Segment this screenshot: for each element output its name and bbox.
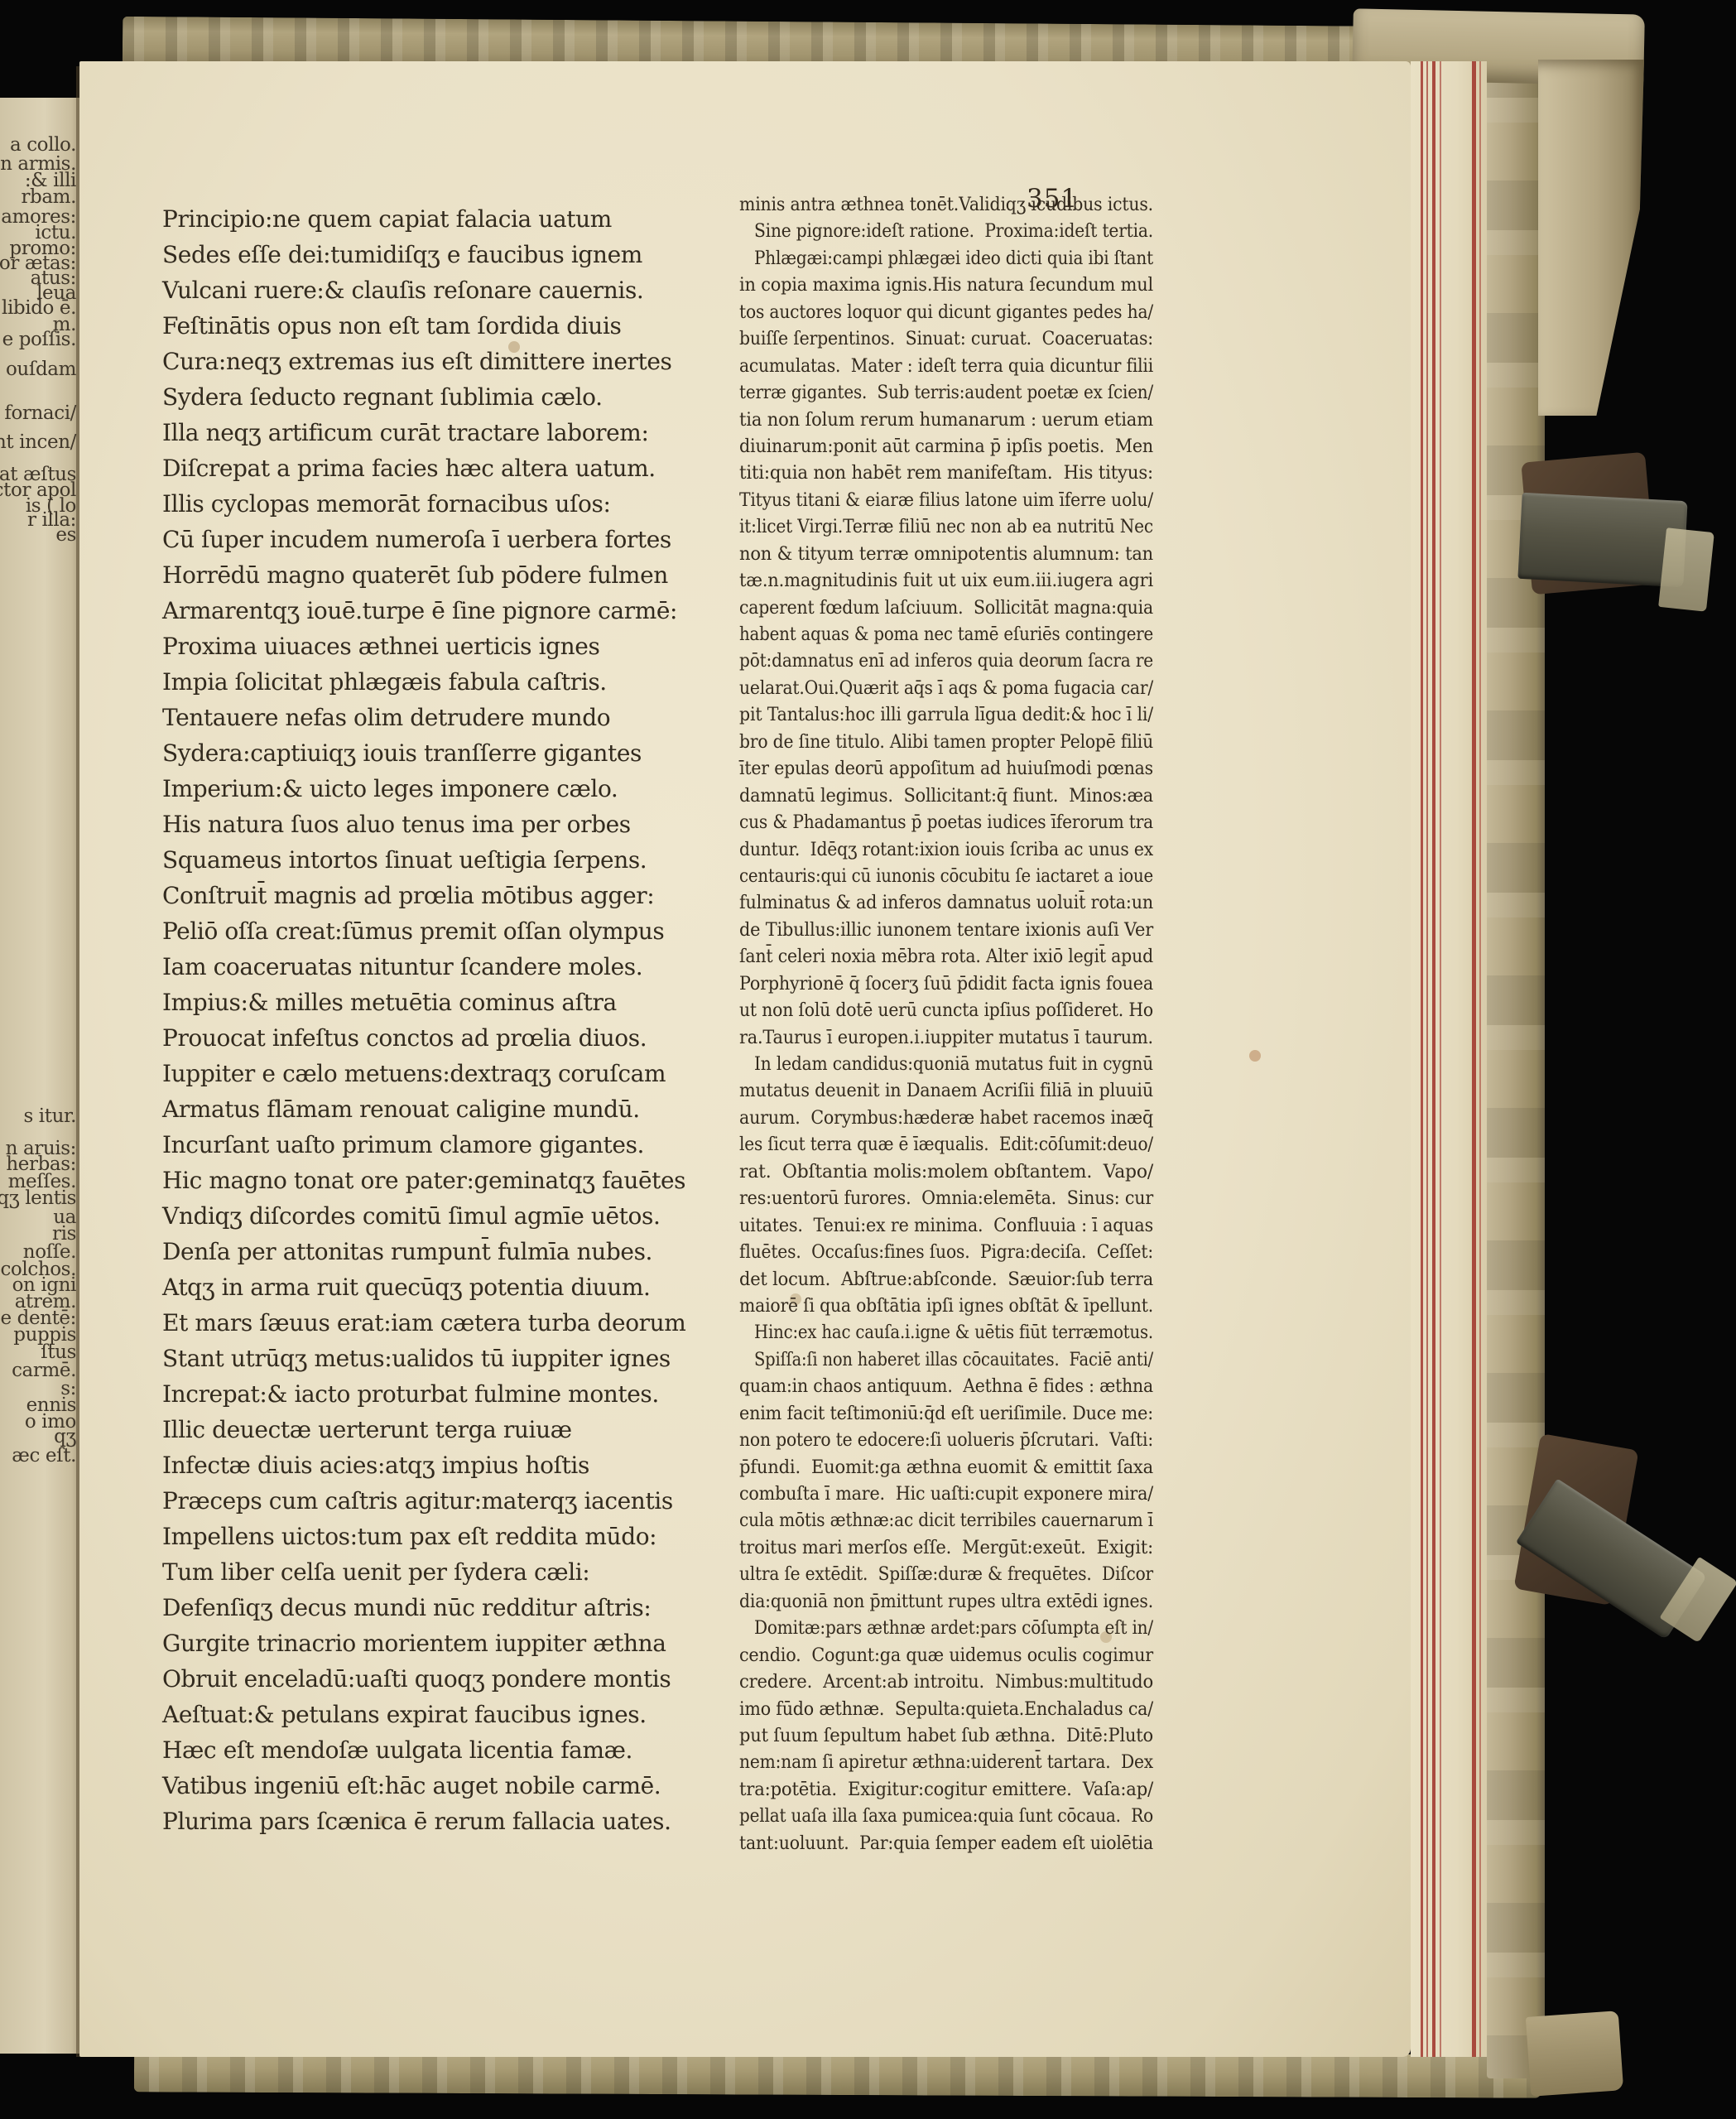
- commentary-line: acumulatas. Mater : ideſt terra quia dic…: [739, 354, 1153, 380]
- previous-page-fragment: ouſdam: [6, 361, 76, 378]
- commentary-line: ra.Taurus ī europen.i.iuppiter mutatus ī…: [739, 1025, 1153, 1052]
- commentary-line: diuinarum:ponit aūt carmina p̄ ipſis poe…: [739, 434, 1153, 460]
- commentary-line: maiorē ſi qua obſtātia ipſi ignes obſtāt…: [739, 1293, 1153, 1320]
- verse-line: Obruit enceladū:uaſti quoqʒ pondere mont…: [162, 1661, 733, 1697]
- previous-page-fragment: a collo.: [10, 137, 76, 154]
- commentary-line: put ſuum ſepultum habet ſub æthna. Ditē:…: [739, 1723, 1153, 1750]
- commentary-line: Tityus titani & eiaræ filius latone uim …: [739, 488, 1153, 514]
- verse-line: Tum liber celſa uenit per ſydera cæli:: [162, 1554, 733, 1590]
- clasp-top-metal-tip: [1658, 527, 1714, 612]
- verse-line: Peliō oſſa creat:ſūmus premit oſſan olym…: [162, 913, 733, 949]
- verse-line: Illis cyclopas memorāt fornacibus uſos:: [162, 486, 733, 522]
- verse-line: Iam coaceruatas nituntur ſcandere moles.: [162, 949, 733, 985]
- verse-line: Vndiqʒ diſcordes comitū ſimul agmīe uēto…: [162, 1198, 733, 1234]
- commentary-line: quam:in chaos antiquum. Aethna ē fides :…: [739, 1374, 1153, 1400]
- commentary-line: nem:nam ſi apiretur æthna:uiderent̄ tart…: [739, 1750, 1153, 1776]
- previous-page-fragment: ant incen/: [0, 434, 76, 451]
- fore-edge-red-line: [1472, 61, 1476, 2057]
- commentary-line: pellat uaſa illa ſaxa pumicea:quia ſunt …: [739, 1804, 1153, 1830]
- verse-line: Proxima uiuaces æthnei uerticis ignes: [162, 628, 733, 664]
- fore-edge-red-line: [1421, 61, 1423, 2057]
- commentary-line: credere. Arcent:ab introitu. Nimbus:mult…: [739, 1669, 1153, 1696]
- verse-line: Squameus intortos ſinuat ueſtigia ſerpen…: [162, 842, 733, 878]
- verse-line: Hæc eſt mendoſæ uulgata licentia famæ.: [162, 1732, 733, 1768]
- verse-line: Conſtruit̄ magnis ad prœlia mōtibus agge…: [162, 878, 733, 913]
- parchment-cover-edge: [1487, 48, 1545, 2078]
- commentary-line: les ſicut terra quæ ē īæqualis. Edit:cōſ…: [739, 1132, 1153, 1158]
- commentary-line: imo fūdo æthnæ. Sepulta:quieta.Enchaladu…: [739, 1697, 1153, 1723]
- verse-line: Denſa per attonitas rumpunt̄ fulmīa nube…: [162, 1234, 733, 1269]
- verse-line: Præceps cum caſtris agitur:materqʒ iacen…: [162, 1483, 733, 1519]
- commentary-line: tæ.n.magnitudinis fuit ut uix eum.iii.iu…: [739, 568, 1153, 595]
- commentary-line: Domitæ:pars æthnæ ardet:pars cōſumpta eſ…: [739, 1616, 1153, 1642]
- verse-line: Illic deuectæ uerterunt terga ruiuæ: [162, 1412, 733, 1447]
- verse-line: Defenſiqʒ decus mundi nūc redditur aſtri…: [162, 1590, 733, 1625]
- fore-edge-red-line: [1432, 61, 1435, 2057]
- verse-line: Diſcrepat a prima facies hæc altera uatu…: [162, 450, 733, 486]
- commentary-line: caperent fœdum laſciuum. Sollicitāt magn…: [739, 595, 1153, 622]
- previous-page-fragment: fornaci/: [4, 405, 76, 422]
- verse-line: Impius:& milles metuētia cominus aſtra: [162, 985, 733, 1020]
- commentary-line: buiſſe ſerpentinos. Sinuat: curuat. Coac…: [739, 326, 1153, 353]
- verse-line: Plurima pars ſcænica ē rerum fallacia ua…: [162, 1804, 733, 1839]
- commentary-line: tia non ſolum rerum humanarum : uerum et…: [739, 407, 1153, 434]
- commentary-line: Hinc:ex hac cauſa.i.igne & uētis fiūt te…: [739, 1320, 1153, 1346]
- previous-page-fragment: carmē.: [12, 1362, 76, 1380]
- commentary-line: ut non ſolū dotē uerū cuncta ipſius poſſ…: [739, 998, 1153, 1024]
- fore-edge-red-line: [1440, 61, 1441, 2057]
- commentary-line: rat. Obſtantia molis:molem obſtantem. Va…: [739, 1159, 1153, 1186]
- commentary-line: aurum. Corymbus:hæderæ habet racemos inæ…: [739, 1105, 1153, 1132]
- verse-line: Impellens uictos:tum pax eſt reddita mūd…: [162, 1519, 733, 1554]
- fore-edge: [1411, 61, 1487, 2057]
- previous-page-fragment: æc eſt.: [12, 1447, 76, 1465]
- verse-line: Sydera ſeducto regnant ſublimia cælo.: [162, 379, 733, 415]
- previous-page-fragment: es: [55, 527, 76, 544]
- commentary-line: mutatus deuenit in Danaem Acriſii filiā …: [739, 1078, 1153, 1105]
- commentary-line: titi:quia non habēt rem manifeſtam. His …: [739, 460, 1153, 487]
- commentary-line: Spiſſa:ſi non haberet illas cōcauitates.…: [739, 1347, 1153, 1374]
- verse-line: Aeſtuat:& petulans expirat faucibus igne…: [162, 1697, 733, 1732]
- verse-line: Principio:ne quem capiat falacia uatum: [162, 201, 733, 237]
- commentary-line: īter epulas deorū appoſitum ad huiuſmodi…: [739, 756, 1153, 783]
- previous-page-fragment: s itur.: [23, 1108, 76, 1125]
- commentary-line: uelarat.Oui.Quærit aq̄s ī aqs & poma fug…: [739, 676, 1153, 702]
- verse-line: Impia ſolicitat phlægæis fabula caſtris.: [162, 664, 733, 700]
- verse-line: Hic magno tonat ore pater:geminatqʒ fauē…: [162, 1163, 733, 1198]
- commentary-line: tant:uoluunt. Par:quia ſemper eadem eſt …: [739, 1831, 1153, 1857]
- verse-line: Et mars ſæuus erat:iam cætera turba deor…: [162, 1305, 733, 1341]
- verse-line: His natura ſuos aluo tenus ima per orbes: [162, 807, 733, 842]
- verse-line: Atqʒ in arma ruit quecūqʒ potentia diuum…: [162, 1269, 733, 1305]
- verse-line: Feſtinātis opus non eſt tam ſordida diui…: [162, 308, 733, 344]
- commentary-line: In ledam candidus:quoniā mutatus fuit in…: [739, 1052, 1153, 1078]
- previous-page-fragment: ſtus: [41, 1344, 76, 1361]
- verse-line: Iuppiter e cælo metuens:dextraqʒ coruſca…: [162, 1056, 733, 1091]
- commentary-line: res:uentorū furores. Omnia:elemēta. Sinu…: [739, 1186, 1153, 1212]
- commentary-line: duntur. Idēqʒ rotant:ixion iouis ſcriba …: [739, 837, 1153, 864]
- paper-speckles: [79, 61, 88, 70]
- commentary-line: minis antra æthnea tonēt.Validiqʒ īcudib…: [739, 192, 1153, 219]
- commentary-line: non & tityum terræ omnipotentis alumnum:…: [739, 542, 1153, 568]
- verse-line: Cū ſuper incudem numeroſa ī uerbera fort…: [162, 522, 733, 557]
- commentary-line: troitus mari merſos eſſe. Mergūt:exeūt. …: [739, 1535, 1153, 1562]
- verse-line: Tentauere nefas olim detrudere mundo: [162, 700, 733, 735]
- commentary-line: cula mōtis æthnæ:ac dicit terribiles cau…: [739, 1508, 1153, 1534]
- parchment-cover-corner-bottom: [1526, 2011, 1623, 2097]
- verse-line: Gurgite trinacrio morientem iuppiter æth…: [162, 1625, 733, 1661]
- previous-page-edge: a collo.s in armis.:& illirbam.amores:ic…: [0, 98, 81, 2054]
- commentary-line: Phlægæi:campi phlægæi ideo dicti quia ib…: [739, 246, 1153, 272]
- commentary-line: dia:quoniā non p̄mittunt rupes ultra ext…: [739, 1589, 1153, 1616]
- commentary-line: combuſta ī mare. Hic uaſti:cupit exponer…: [739, 1481, 1153, 1508]
- verse-line: Horrēdū magno quaterēt ſub pōdere fulmen: [162, 557, 733, 593]
- verse-line: Sydera:captiuiqʒ iouis tranſſerre gigant…: [162, 735, 733, 771]
- commentary-line: bro de ſine titulo. Alibi tamen propter …: [739, 730, 1153, 756]
- verse-line: Vatibus ingeniū eſt:hāc auget nobile car…: [162, 1768, 733, 1804]
- commentary-line: pōt:damnatus enī ad inferos quia deorum …: [739, 648, 1153, 675]
- verse-line: Imperium:& uicto leges imponere cælo.: [162, 771, 733, 807]
- verse-line: Infectæ diuis acies:atqʒ impius hoſtis: [162, 1447, 733, 1483]
- commentary-line: fulminatus & ad inferos damnatus uoluit̄…: [739, 890, 1153, 917]
- commentary-line: p̄fundi. Euomit:ga æthna euomit & emitti…: [739, 1455, 1153, 1481]
- commentary-line: terræ gigantes. Sub terris:audent poetæ …: [739, 380, 1153, 407]
- verse-line: Prouocat infeſtus conctos ad prœlia diuo…: [162, 1020, 733, 1056]
- commentary-line: it:licet Virgi.Terræ filiū nec non ab ea…: [739, 514, 1153, 541]
- fore-edge-red-line: [1479, 61, 1481, 2057]
- commentary-line: tos auctores loquor qui dicunt gigantes …: [739, 300, 1153, 326]
- commentary-line: in copia maxima ignis.His natura ſecundu…: [739, 272, 1153, 299]
- verse-column: Principio:ne quem capiat falacia uatumSe…: [162, 201, 733, 1839]
- commentary-line: ultra ſe extēdit. Spiſſæ:duræ & frequēte…: [739, 1562, 1153, 1588]
- book-photo: a collo.s in armis.:& illirbam.amores:ic…: [0, 0, 1736, 2119]
- clasp-top: [1520, 454, 1710, 628]
- fore-edge-red-line: [1426, 61, 1428, 2057]
- parchment-cover-fold: [1538, 60, 1644, 416]
- previous-page-fragment: e poſſis.: [2, 331, 76, 349]
- commentary-line: de Tibullus:illic iunonem tentare ixioni…: [739, 917, 1153, 944]
- commentary-line: fluētes. Occaſus:fines ſuos. Pigra:deciſ…: [739, 1240, 1153, 1266]
- verse-line: Increpat:& iacto proturbat fulmine monte…: [162, 1376, 733, 1412]
- commentary-column: minis antra æthnea tonēt.Validiqʒ īcudib…: [739, 192, 1153, 1857]
- previous-page-fragment: qʒ lentis: [0, 1190, 76, 1207]
- commentary-line: tra:potētia. Exigitur:cogitur emittere. …: [739, 1777, 1153, 1804]
- commentary-line: pit Tantalus:hoc illi garrula līgua dedi…: [739, 702, 1153, 729]
- previous-page-fragment: rbam.: [21, 189, 76, 206]
- commentary-line: uitates. Tenui:ex re minima. Confluuia :…: [739, 1213, 1153, 1240]
- commentary-line: Porphyrionē q̄ ſocerʒ ſuū p̄didit facta …: [739, 971, 1153, 998]
- verse-line: Armatus flāmam renouat caligine mundū.: [162, 1091, 733, 1127]
- commentary-line: cendio. Cogunt:ga quæ uidemus oculis cog…: [739, 1643, 1153, 1669]
- verse-line: Vulcani ruere:& clauſis reſonare cauerni…: [162, 272, 733, 308]
- previous-page-fragment: ris: [52, 1226, 76, 1243]
- verse-line: Incurſant uaſto primum clamore gigantes.: [162, 1127, 733, 1163]
- commentary-line: non potero te edocere:ſi uolueris p̄ſcru…: [739, 1428, 1153, 1454]
- verse-line: Sedes eſſe dei:tumidiſqʒ e faucibus igne…: [162, 237, 733, 272]
- commentary-line: damnatū legimus. Sollicitant:q̄ fiunt. M…: [739, 783, 1153, 810]
- commentary-line: centauris:qui cū iunonis cōcubitu ſe iac…: [739, 864, 1153, 890]
- verse-line: Stant utrūqʒ metus:ualidos tū iuppiter i…: [162, 1341, 733, 1376]
- verse-line: Armarentqʒ iouē.turpe ē ſine pignore car…: [162, 593, 733, 628]
- commentary-line: Sine pignore:ideſt ratione. Proxima:ideſ…: [739, 219, 1153, 245]
- commentary-line: ſant̄ celeri noxia mēbra rota. Alter ixi…: [739, 944, 1153, 970]
- commentary-line: det locum. Abſtrue:abſconde. Sæuior:ſub …: [739, 1267, 1153, 1293]
- clasp-bottom: [1522, 1433, 1729, 1631]
- previous-page-fragment: qʒ: [54, 1428, 76, 1446]
- commentary-line: enim facit teſtimoniū:q̄d eſt ueriſimile…: [739, 1401, 1153, 1428]
- verse-line: Cura:neqʒ extremas ius eſt dimittere ine…: [162, 344, 733, 379]
- verse-line: Illa neqʒ artificum curāt tractare labor…: [162, 415, 733, 450]
- commentary-line: habent aquas & poma nec tamē eſuriēs con…: [739, 622, 1153, 648]
- commentary-line: cus & Phadamantus p̄ poetas iudices īfer…: [739, 810, 1153, 836]
